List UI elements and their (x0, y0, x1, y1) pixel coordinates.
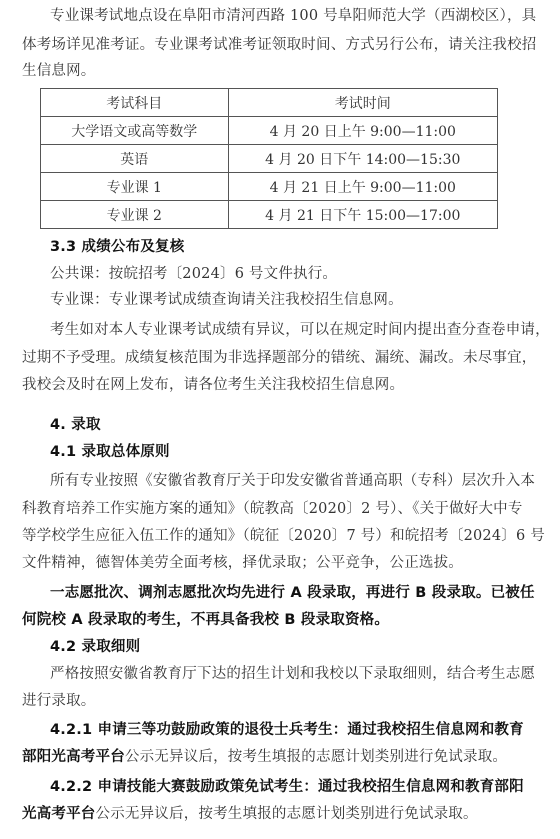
section-4-1-heading: 4.1 录取总体原则 (50, 442, 170, 462)
admission-order-line-1: 一志愿批次、调剂志愿批次均先进行 A 段录取，再进行 B 段录取。已被任 (50, 583, 535, 603)
cell-time: 4 月 20 日上午 9:00—11:00 (228, 117, 497, 145)
table-row: 专业课 2 4 月 21 日下午 15:00—17:00 (41, 201, 498, 229)
location-paragraph-line-2: 体考场详见准考证。专业课考试准考证领取时间、方式另行公布，请关注我校招 (22, 35, 537, 55)
cell-subject: 专业课 2 (41, 201, 229, 229)
section-4-heading: 4. 录取 (50, 415, 101, 435)
review-paragraph-line-3: 我校会及时在网上发布，请各位考生关注我校招生信息网。 (22, 375, 404, 395)
location-paragraph-line-3: 生信息网。 (22, 61, 96, 81)
item-4-2-2-line-2: 光高考平台公示无异议后，按考生填报的志愿计划类别进行免试录取。 (22, 804, 478, 824)
header-subject: 考试科目 (41, 89, 229, 117)
item-4-2-1-line-1: 4.2.1 申请三等功鼓励政策的退役士兵考生：通过我校招生信息网和教育 (50, 720, 524, 740)
rules-paragraph-line-1: 严格按照安徽省教育厅下达的招生计划和我校以下录取细则，结合考生志愿 (50, 664, 535, 684)
item-4-2-2-line-1: 4.2.2 申请技能大赛鼓励政策免试考生：通过我校招生信息网和教育部阳 (50, 777, 524, 797)
item-4-2-1-rest: 公示无异议后，按考生填报的志愿计划类别进行免试录取。 (125, 749, 507, 765)
principle-paragraph-line-3: 等学校学生应征入伍工作的通知》（皖征〔2020〕7 号）和皖招考〔2024〕6 … (22, 526, 545, 546)
principle-paragraph-line-1: 所有专业按照《安徽省教育厅关于印发安徽省普通高职（专科）层次升入本 (50, 471, 535, 491)
review-paragraph-line-1: 考生如对本人专业课考试成绩有异议，可以在规定时间内提出查分查卷申请， (50, 320, 550, 340)
cell-time: 4 月 21 日下午 15:00—17:00 (228, 201, 497, 229)
table-row: 英语 4 月 20 日下午 14:00—15:30 (41, 145, 498, 173)
location-paragraph-line-1: 专业课考试地点设在阜阳市清河西路 100 号阜阳师范大学（西湖校区），具 (50, 6, 536, 26)
review-paragraph-line-2: 过期不予受理。成绩复核范围为非选择题部分的错统、漏统、漏改。未尽事宜， (22, 348, 537, 368)
rules-paragraph-line-2: 进行录取。 (22, 691, 96, 711)
section-3-3-heading: 3.3 成绩公布及复核 (50, 237, 184, 257)
admission-order-line-2: 何院校 A 段录取的考生，不再具备我校 B 段录取资格。 (22, 610, 389, 630)
item-4-2-1-line-2: 部阳光高考平台公示无异议后，按考生填报的志愿计划类别进行免试录取。 (22, 747, 507, 767)
cell-subject: 专业课 1 (41, 173, 229, 201)
item-4-2-2-rest: 公示无异议后，按考生填报的志愿计划类别进行免试录取。 (96, 806, 478, 822)
principle-paragraph-line-2: 科教育培养工作实施方案的通知》（皖教高〔2020〕2 号）、《关于做好大中专 (22, 499, 523, 519)
section-4-2-heading: 4.2 录取细则 (50, 637, 140, 657)
public-course-line: 公共课：按皖招考〔2024〕6 号文件执行。 (50, 264, 337, 284)
cell-time: 4 月 20 日下午 14:00—15:30 (228, 145, 497, 173)
principle-paragraph-line-4: 文件精神，德智体美劳全面考核，择优录取；公平竞争，公正选拔。 (22, 553, 463, 573)
cell-subject: 英语 (41, 145, 229, 173)
table-header-row: 考试科目 考试时间 (41, 89, 498, 117)
major-course-line: 专业课：专业课考试成绩查询请关注我校招生信息网。 (50, 290, 403, 310)
exam-schedule-table: 考试科目 考试时间 大学语文或高等数学 4 月 20 日上午 9:00—11:0… (40, 88, 498, 229)
table-row: 专业课 1 4 月 21 日上午 9:00—11:00 (41, 173, 498, 201)
platform-name-bold: 部阳光高考平台 (22, 749, 125, 765)
cell-subject: 大学语文或高等数学 (41, 117, 229, 145)
header-time: 考试时间 (228, 89, 497, 117)
document-page: 专业课考试地点设在阜阳市清河西路 100 号阜阳师范大学（西湖校区），具 体考场… (0, 0, 560, 839)
platform-name-bold: 光高考平台 (22, 806, 96, 822)
cell-time: 4 月 21 日上午 9:00—11:00 (228, 173, 497, 201)
table-row: 大学语文或高等数学 4 月 20 日上午 9:00—11:00 (41, 117, 498, 145)
